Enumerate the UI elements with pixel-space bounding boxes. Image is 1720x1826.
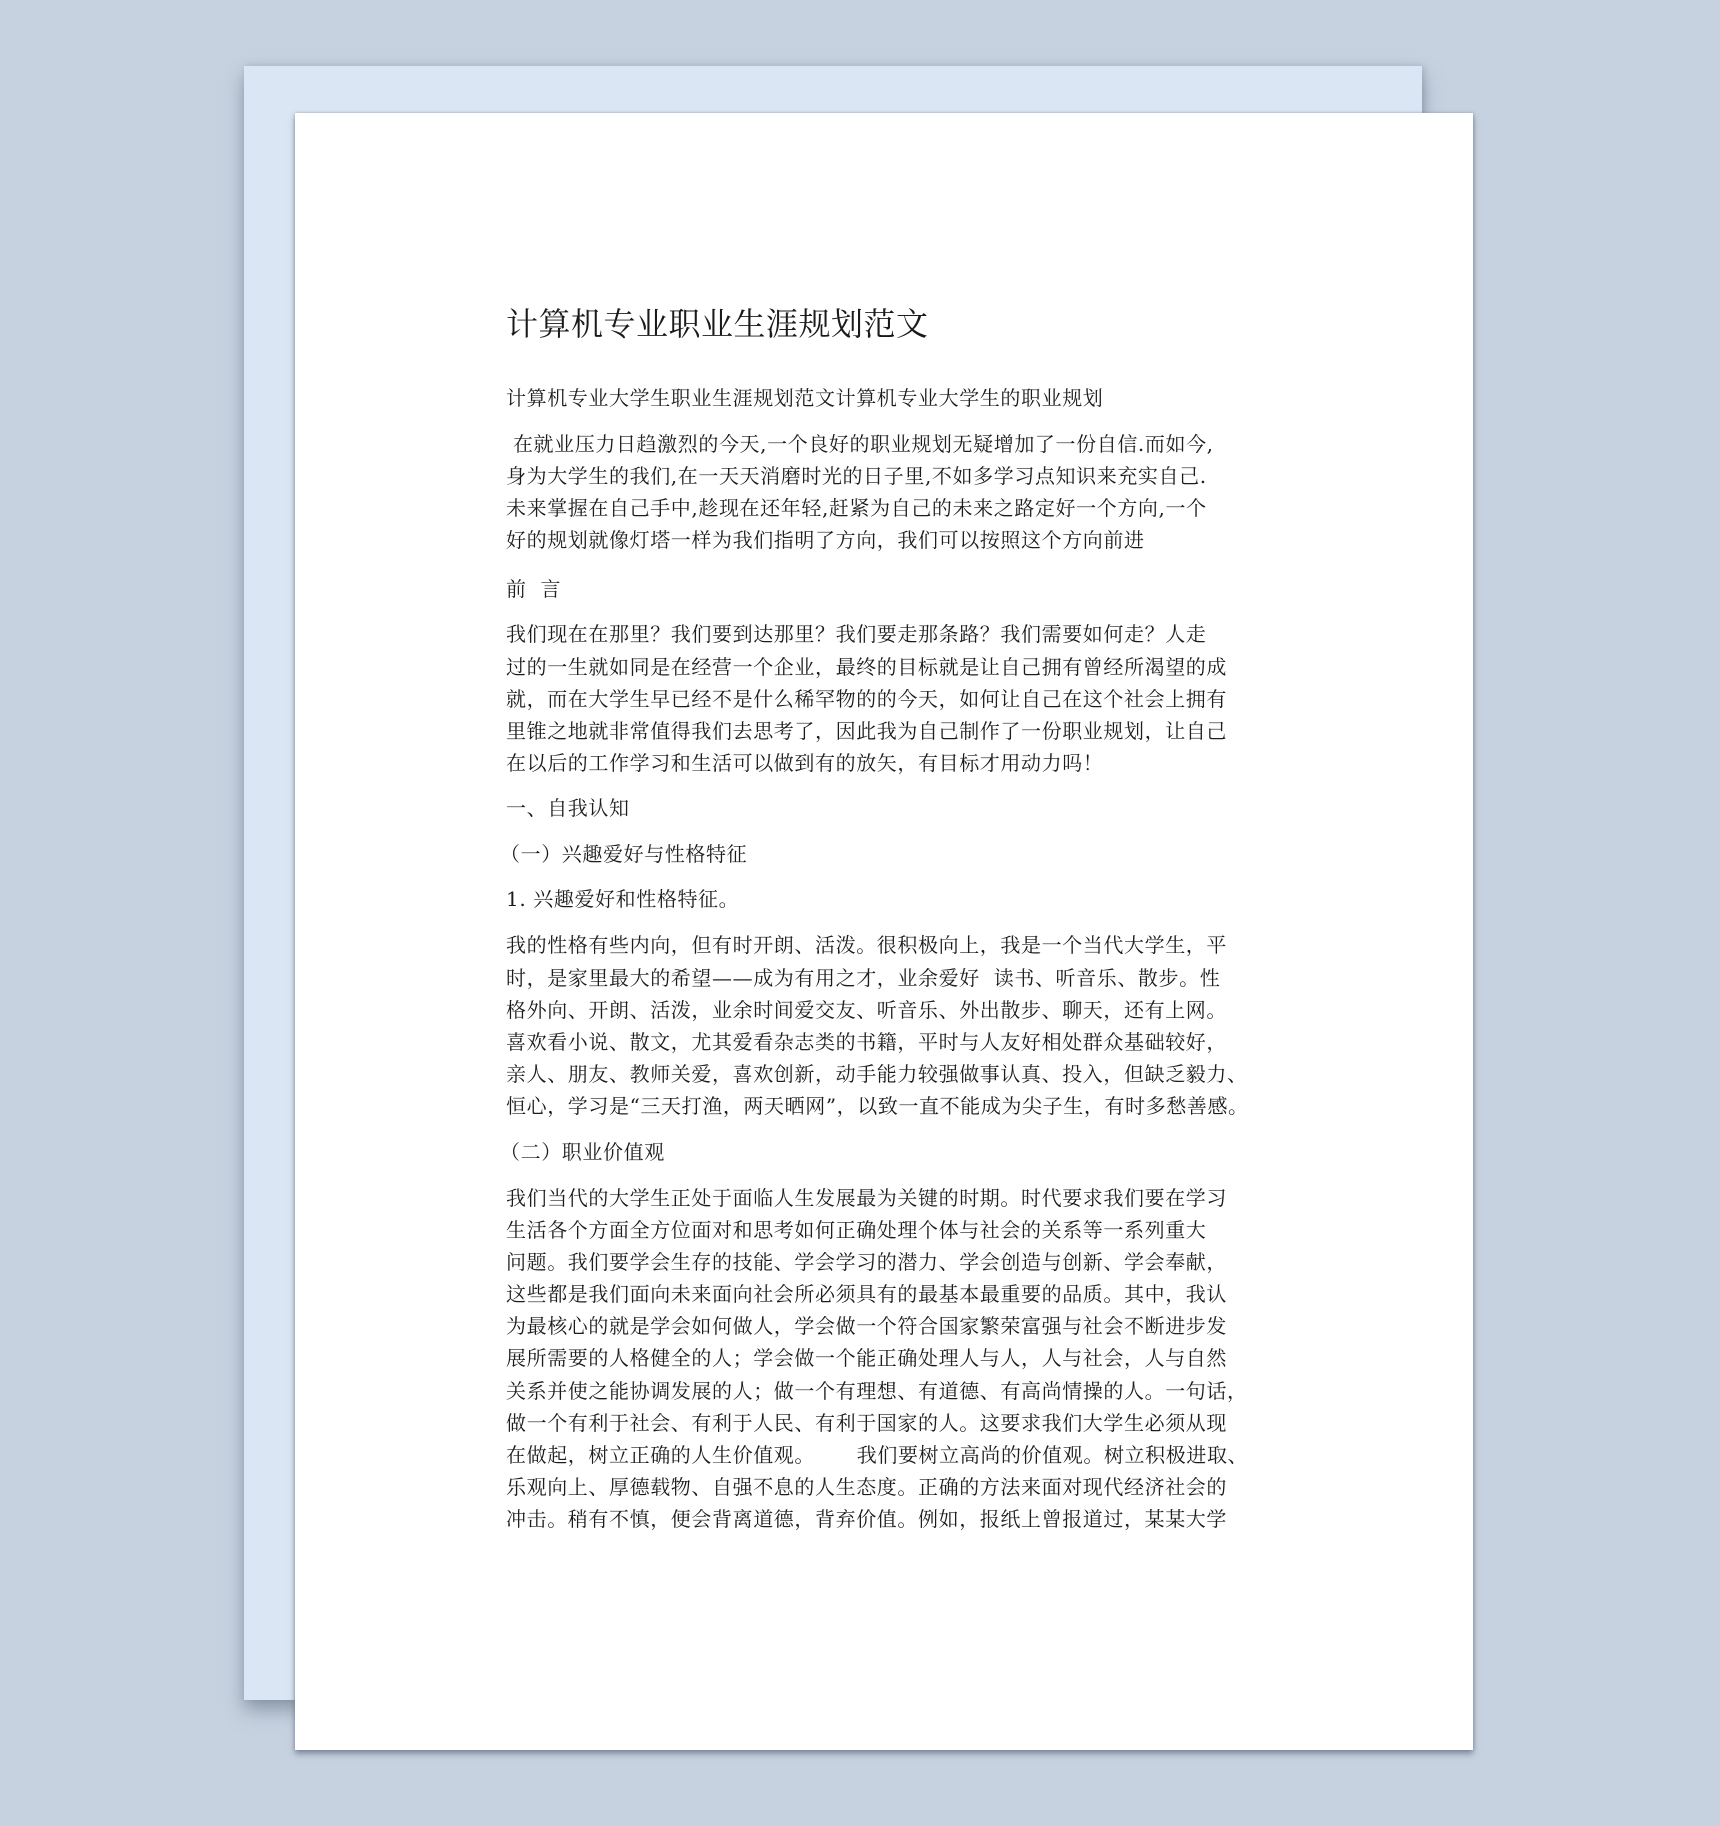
item-heading-interests: 1. 兴趣爱好和性格特征。 xyxy=(506,887,739,911)
preface-line: 里锥之地就非常值得我们去思考了，因此我为自己制作了一份职业规划，让自己 xyxy=(506,719,1227,743)
intro-line: 好的规划就像灯塔一样为我们指明了方向，我们可以按照这个方向前进 xyxy=(506,528,1145,552)
values-line: 乐观向上、厚德载物、自强不息的人生态度。正确的方法来面对现代经济社会的 xyxy=(506,1475,1227,1499)
interests-line: 恒心，学习是“三天打渔，两天晒网”，以致一直不能成为尖子生，有时多愁善感。 xyxy=(506,1094,1249,1118)
values-line: 在做起，树立正确的人生价值观。 我们要树立高尚的价值观。树立积极进取、 xyxy=(506,1443,1248,1467)
values-line: 冲击。稍有不慎，便会背离道德，背弃价值。例如，报纸上曾报道过，某某大学 xyxy=(506,1507,1227,1531)
values-line: 我们当代的大学生正处于面临人生发展最为关键的时期。时代要求我们要在学习 xyxy=(506,1186,1227,1210)
values-line: 生活各个方面全方位面对和思考如何正确处理个体与社会的关系等一系列重大 xyxy=(506,1218,1206,1242)
interests-line: 时，是家里最大的希望——成为有用之才，业余爱好 读书、听音乐、散步。性 xyxy=(506,966,1220,990)
values-line: 做一个有利于社会、有利于人民、有利于国家的人。这要求我们大学生必须从现 xyxy=(506,1411,1227,1435)
interests-line: 喜欢看小说、散文，尤其爱看杂志类的书籍，平时与人友好相处群众基础较好， xyxy=(506,1030,1227,1054)
values-line: 为最核心的就是学会如何做人，学会做一个符合国家繁荣富强与社会不断进步发 xyxy=(506,1314,1227,1338)
preface-line: 我们现在在那里？我们要到达那里？我们要走那条路？我们需要如何走？人走 xyxy=(506,622,1206,646)
values-line: 展所需要的人格健全的人；学会做一个能正确处理人与人，人与社会，人与自然 xyxy=(506,1346,1227,1370)
interests-line: 亲人、朋友、教师关爱，喜欢创新，动手能力较强做事认真、投入，但缺乏毅力、 xyxy=(506,1062,1248,1086)
document-page xyxy=(295,113,1473,1750)
values-line: 关系并使之能协调发展的人；做一个有理想、有道德、有高尚情操的人。一句话， xyxy=(506,1379,1248,1403)
preface-line: 就，而在大学生早已经不是什么稀罕物的的今天，如何让自己在这个社会上拥有 xyxy=(506,687,1227,711)
preface-heading: 前 言 xyxy=(506,577,561,601)
preface-line: 过的一生就如同是在经营一个企业，最终的目标就是让自己拥有曾经所渴望的成 xyxy=(506,655,1227,679)
subsection-heading-values: （二）职业价值观 xyxy=(500,1140,665,1164)
document-title: 计算机专业职业生涯规划范文 xyxy=(506,304,929,344)
document-subtitle: 计算机专业大学生职业生涯规划范文计算机专业大学生的职业规划 xyxy=(506,386,1103,410)
values-line: 这些都是我们面向未来面向社会所必须具有的最基本最重要的品质。其中，我认 xyxy=(506,1282,1227,1306)
intro-line: 在就业压力日趋激烈的今天,一个良好的职业规划无疑增加了一份自信.而如今, xyxy=(506,432,1214,456)
subsection-heading-interests: （一）兴趣爱好与性格特征 xyxy=(500,842,747,866)
intro-line: 未来掌握在自己手中,趁现在还年轻,赶紧为自己的未来之路定好一个方向,一个 xyxy=(506,496,1207,520)
interests-line: 我的性格有些内向，但有时开朗、活泼。很积极向上，我是一个当代大学生，平 xyxy=(506,933,1227,957)
interests-line: 格外向、开朗、活泼，业余时间爱交友、听音乐、外出散步、聊天，还有上网。 xyxy=(506,998,1227,1022)
section-heading-self-awareness: 一、自我认知 xyxy=(506,796,630,820)
values-line: 问题。我们要学会生存的技能、学会学习的潜力、学会创造与创新、学会奉献， xyxy=(506,1250,1227,1274)
preface-line: 在以后的工作学习和生活可以做到有的放矢，有目标才用动力吗！ xyxy=(506,751,1103,775)
intro-line: 身为大学生的我们,在一天天消磨时光的日子里,不如多学习点知识来充实自己. xyxy=(506,464,1207,488)
